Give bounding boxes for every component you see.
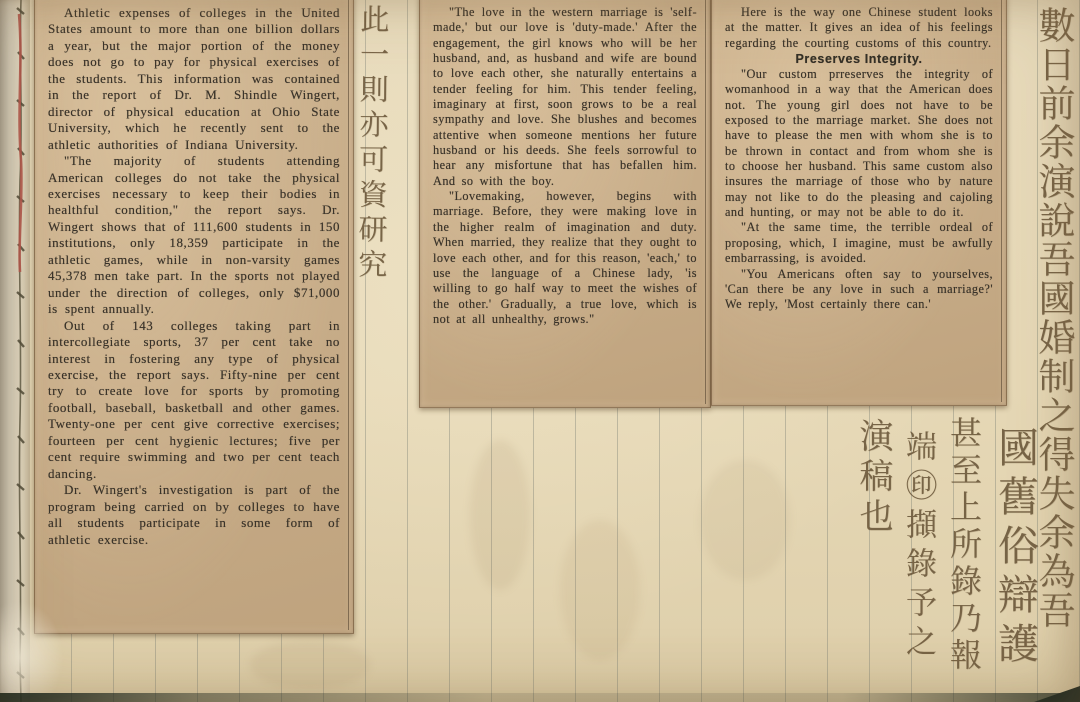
handwritten-colophon-column: 甚至上所錄乃報 [941, 416, 987, 702]
paragraph: "Lovemaking, however, begins with marria… [433, 189, 697, 327]
clipping-college-athletics: Athletic expenses of colleges in the Uni… [34, 0, 354, 634]
handwritten-colophon-column: 國舊俗辯護 [986, 426, 1045, 702]
handwritten-margin-note: 此一則亦可資研究 [351, 4, 395, 344]
page-bottom-edge-shadow [0, 693, 1080, 702]
paragraph: "The love in the western marriage is 'se… [433, 5, 697, 189]
paragraph: "At the same time, the terrible ordeal o… [725, 220, 993, 266]
page-corner-crumple [0, 600, 64, 696]
binding-stitches [0, 0, 30, 702]
book-binding-edge [0, 0, 30, 702]
stitch-thread-red [19, 14, 21, 272]
handwritten-colophon-column: 端㊞擷錄予之 [896, 430, 941, 702]
paragraph: "The majority of students attending Amer… [48, 153, 340, 318]
paragraph: Out of 143 colleges taking part in inter… [48, 318, 340, 483]
clipping-subheadline: Preserves Integrity. [725, 52, 993, 66]
paragraph: "You Americans often say to yourselves, … [725, 267, 993, 313]
handwritten-colophon-column: 演稿也 [849, 418, 898, 578]
paragraph: Here is the way one Chinese student look… [725, 5, 993, 51]
paragraph: "Our custom prreserves the integrity of … [725, 67, 993, 220]
clipping-western-marriage: "The love in the western marriage is 'se… [419, 0, 711, 408]
scrapbook-page: Athletic expenses of colleges in the Uni… [0, 0, 1080, 702]
paragraph: Athletic expenses of colleges in the Uni… [48, 5, 340, 153]
paragraph: Dr. Wingert's investigation is part of t… [48, 482, 340, 548]
clipping-chinese-student-view: Here is the way one Chinese student look… [711, 0, 1007, 406]
